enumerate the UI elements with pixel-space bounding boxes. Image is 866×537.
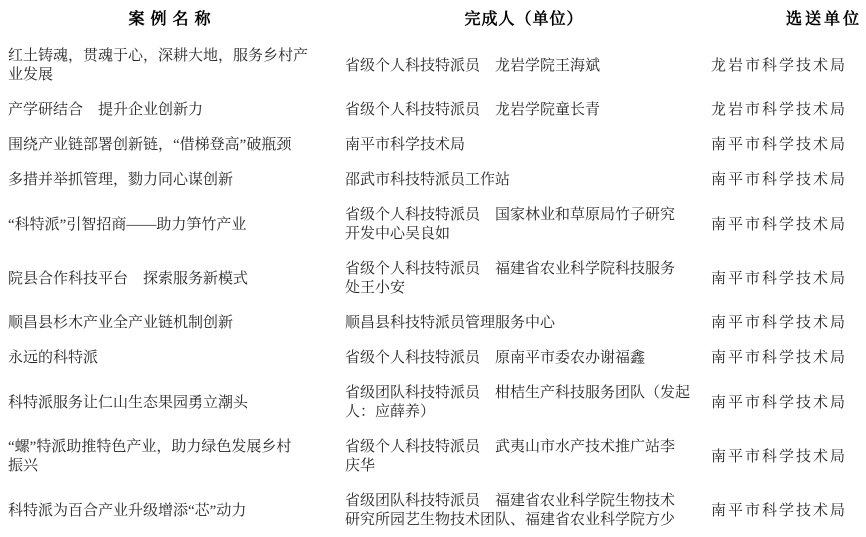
case-name-cell: 顺昌县杉木产业全产业链机制创新 xyxy=(0,306,345,341)
table-row: 永远的科特派 省级个人科技特派员 原南平市委农办谢福鑫 南平市科学技术局 xyxy=(0,341,866,376)
completer-cell: 省级个人科技特派员 龙岩学院王海斌 xyxy=(345,39,703,93)
table-row: 多措并举抓管理，勠力同心谋创新 邵武市科技特派员工作站 南平市科学技术局 xyxy=(0,163,866,198)
submitting-unit-cell: 南平市科学技术局 xyxy=(703,306,866,341)
header-row: 案例名称 完成人（单位） 选送单位 xyxy=(0,0,866,39)
submitting-unit-cell: 南平市科学技术局 xyxy=(703,484,866,537)
table-row: 红土铸魂，贯魂于心，深耕大地，服务乡村产 业发展 省级个人科技特派员 龙岩学院王… xyxy=(0,39,866,93)
table-row: “科特派”引智招商——助力笋竹产业 省级个人科技特派员 国家林业和草原局竹子研究… xyxy=(0,198,866,252)
table-row: “螺”特派助推特色产业，助力绿色发展乡村 振兴 省级个人科技特派员 武夷山市水产… xyxy=(0,430,866,484)
completer-cell: 省级个人科技特派员 武夷山市水产技术推广站李 庆华 xyxy=(345,430,703,484)
table-row: 产学研结合 提升企业创新力 省级个人科技特派员 龙岩学院童长青 龙岩市科学技术局 xyxy=(0,93,866,128)
case-name-cell: “科特派”引智招商——助力笋竹产业 xyxy=(0,198,345,252)
table-row: 科特派为百合产业升级增添“芯”动力 省级团队科技特派员 福建省农业科学院生物技术… xyxy=(0,484,866,537)
submitting-unit-cell: 南平市科学技术局 xyxy=(703,198,866,252)
case-name-cell: “螺”特派助推特色产业，助力绿色发展乡村 振兴 xyxy=(0,430,345,484)
case-name-cell: 院县合作科技平台 探索服务新模式 xyxy=(0,252,345,306)
table-row: 科特派服务让仁山生态果园勇立潮头 省级团队科技特派员 柑桔生产科技服务团队（发起… xyxy=(0,376,866,430)
completer-cell: 南平市科学技术局 xyxy=(345,128,703,163)
completer-cell: 顺昌县科技特派员管理服务中心 xyxy=(345,306,703,341)
table-row: 顺昌县杉木产业全产业链机制创新 顺昌县科技特派员管理服务中心 南平市科学技术局 xyxy=(0,306,866,341)
column-header-submitting-unit: 选送单位 xyxy=(703,0,866,39)
table-row: 院县合作科技平台 探索服务新模式 省级个人科技特派员 福建省农业科学院科技服务 … xyxy=(0,252,866,306)
column-header-completer-unit: 完成人（单位） xyxy=(345,0,703,39)
submitting-unit-cell: 龙岩市科学技术局 xyxy=(703,93,866,128)
completer-cell: 省级团队科技特派员 柑桔生产科技服务团队（发起 人：应薛养） xyxy=(345,376,703,430)
case-name-cell: 科特派为百合产业升级增添“芯”动力 xyxy=(0,484,345,537)
completer-cell: 省级个人科技特派员 原南平市委农办谢福鑫 xyxy=(345,341,703,376)
science-commissioner-cases-table: 案例名称 完成人（单位） 选送单位 红土铸魂，贯魂于心，深耕大地，服务乡村产 业… xyxy=(0,0,866,537)
submitting-unit-cell: 南平市科学技术局 xyxy=(703,252,866,306)
submitting-unit-cell: 南平市科学技术局 xyxy=(703,341,866,376)
submitting-unit-cell: 南平市科学技术局 xyxy=(703,128,866,163)
case-name-cell: 产学研结合 提升企业创新力 xyxy=(0,93,345,128)
completer-cell: 省级团队科技特派员 福建省农业科学院生物技术 研究所园艺生物技术团队、福建省农业… xyxy=(345,484,703,537)
case-name-cell: 红土铸魂，贯魂于心，深耕大地，服务乡村产 业发展 xyxy=(0,39,345,93)
completer-cell: 省级个人科技特派员 国家林业和草原局竹子研究 开发中心吴良如 xyxy=(345,198,703,252)
submitting-unit-cell: 南平市科学技术局 xyxy=(703,163,866,198)
case-name-cell: 围绕产业链部署创新链，“借梯登高”破瓶颈 xyxy=(0,128,345,163)
case-name-cell: 科特派服务让仁山生态果园勇立潮头 xyxy=(0,376,345,430)
submitting-unit-cell: 南平市科学技术局 xyxy=(703,376,866,430)
case-name-cell: 永远的科特派 xyxy=(0,341,345,376)
completer-cell: 省级个人科技特派员 福建省农业科学院科技服务 处王小安 xyxy=(345,252,703,306)
column-header-case-name: 案例名称 xyxy=(0,0,345,39)
completer-cell: 邵武市科技特派员工作站 xyxy=(345,163,703,198)
submitting-unit-cell: 龙岩市科学技术局 xyxy=(703,39,866,93)
completer-cell: 省级个人科技特派员 龙岩学院童长青 xyxy=(345,93,703,128)
table-row: 围绕产业链部署创新链，“借梯登高”破瓶颈 南平市科学技术局 南平市科学技术局 xyxy=(0,128,866,163)
submitting-unit-cell: 南平市科学技术局 xyxy=(703,430,866,484)
case-name-cell: 多措并举抓管理，勠力同心谋创新 xyxy=(0,163,345,198)
